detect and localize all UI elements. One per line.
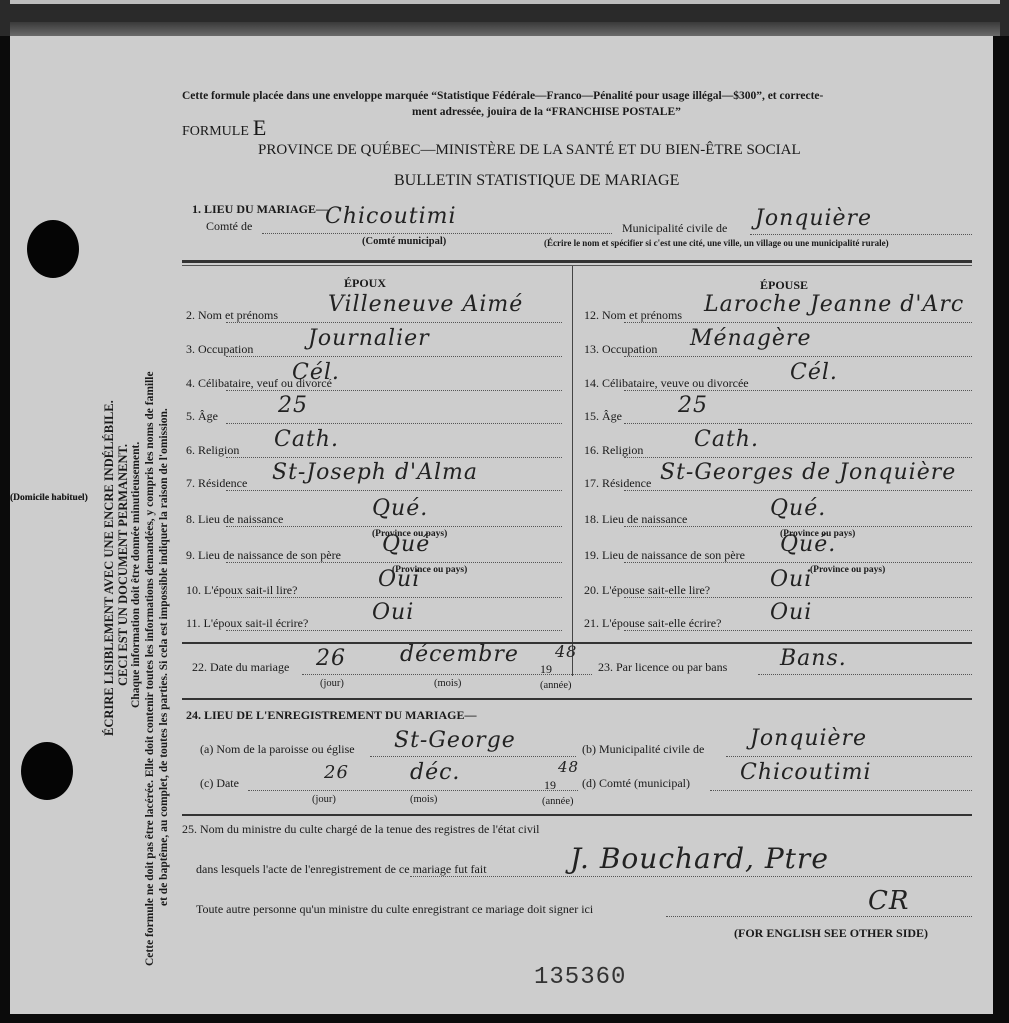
epouse-field-value[interactable]: 25 <box>678 393 708 418</box>
epouse-field-value[interactable]: Qué. <box>780 532 836 557</box>
formule-letter: E <box>253 115 266 140</box>
enr-date-label: (c) Date <box>200 776 239 791</box>
epouse-heading: ÉPOUSE <box>760 278 808 293</box>
epouse-field-caption: (Domicile habituel) <box>10 493 88 503</box>
epouse-dotted-line <box>624 597 972 598</box>
scan-top-border <box>0 0 1009 36</box>
epoux-dotted-line <box>226 322 562 323</box>
side-instruction-4: Cette formule ne doit pas être lacérée. … <box>144 371 156 966</box>
epouse-field-label: 16. Religion <box>584 443 643 458</box>
municipalite-value[interactable]: Jonquière <box>755 206 872 231</box>
epoux-dotted-line <box>226 356 562 357</box>
paroisse-label: (a) Nom de la paroisse ou église <box>200 742 355 757</box>
epouse-field-value[interactable]: Oui <box>770 600 812 625</box>
postal-notice-line1: Cette formule placée dans une enveloppe … <box>182 90 823 102</box>
epoux-field-label: 5. Âge <box>186 409 218 424</box>
enr-jour-caption: (jour) <box>312 794 336 805</box>
scan-edge-strip <box>10 0 1000 4</box>
enr-date-mois[interactable]: déc. <box>410 760 460 785</box>
epoux-dotted-line <box>226 390 562 391</box>
punch-hole-top <box>27 220 79 278</box>
ministry-heading: PROVINCE DE QUÉBEC—MINISTÈRE DE LA SANTÉ… <box>258 142 801 159</box>
epouse-field-label: 19. Lieu de naissance de son père <box>584 548 745 563</box>
epoux-field-label: 7. Résidence <box>186 476 247 491</box>
epouse-field-caption: (Province ou pays) <box>810 565 885 575</box>
epouse-field-value[interactable]: St-Georges de Jonquière <box>660 460 956 485</box>
comte-caption: (Comté municipal) <box>362 236 446 247</box>
autre-personne-label: Toute autre personne qu'un ministre du c… <box>196 902 593 917</box>
jour-caption: (jour) <box>320 678 344 689</box>
epoux-field-value[interactable]: Cél. <box>292 360 340 385</box>
epouse-field-label: 18. Lieu de naissance <box>584 512 687 527</box>
side-instruction-1: ÉCRIRE LISIBLEMENT AVEC UNE ENCRE INDÉLÉ… <box>102 400 117 736</box>
enr-comte-value[interactable]: Chicoutimi <box>740 760 872 785</box>
epouse-dotted-line <box>624 562 972 563</box>
ministre-signature[interactable]: J. Bouchard, Ptre <box>570 842 829 875</box>
enr-mois-caption: (mois) <box>410 794 437 805</box>
municipalite-dotted-line <box>750 234 972 235</box>
epoux-field-label: 3. Occupation <box>186 342 253 357</box>
epoux-field-label: 9. Lieu de naissance de son père <box>186 548 341 563</box>
epouse-field-label: 15. Âge <box>584 409 622 424</box>
epoux-field-label: 11. L'époux sait-il écrire? <box>186 616 308 631</box>
enr-date-dotted-line <box>248 790 578 791</box>
epoux-field-value[interactable]: Journalier <box>308 326 430 351</box>
ministre-label-2: dans lesquels l'acte de l'enregistrement… <box>196 862 487 877</box>
epoux-field-value[interactable]: Villeneuve Aimé <box>328 292 523 317</box>
epoux-field-value[interactable]: Cath. <box>274 427 339 452</box>
municipalite-caption: (Écrire le nom et spécifier si c'est une… <box>544 238 889 248</box>
column-divider <box>572 266 573 676</box>
epouse-dotted-line <box>624 490 972 491</box>
section-divider-1 <box>182 260 972 263</box>
formule-label: FORMULE E <box>182 115 266 141</box>
enr-comte-dotted-line <box>710 790 972 791</box>
epoux-dotted-line <box>226 423 562 424</box>
serial-number: 135360 <box>534 964 626 991</box>
mois-caption: (mois) <box>434 678 461 689</box>
scan-shadow <box>10 22 1000 36</box>
comte-value[interactable]: Chicoutimi <box>325 204 457 229</box>
epouse-field-label: 17. Résidence <box>584 476 651 491</box>
epouse-field-label: 14. Célibataire, veuve ou divorcée <box>584 376 749 391</box>
autre-personne-initials[interactable]: CR <box>868 886 909 916</box>
licence-value[interactable]: Bans. <box>780 646 847 671</box>
epouse-field-label: 13. Occupation <box>584 342 657 357</box>
epouse-dotted-line <box>624 356 972 357</box>
ministre-label-1: 25. Nom du ministre du culte chargé de l… <box>182 822 540 837</box>
paroisse-value[interactable]: St-George <box>394 728 516 753</box>
epoux-dotted-line <box>226 526 562 527</box>
licence-dotted-line <box>758 674 972 675</box>
epoux-field-value[interactable]: St-Joseph d'Alma <box>272 460 478 485</box>
epouse-dotted-line <box>624 457 972 458</box>
epouse-field-value[interactable]: Laroche Jeanne d'Arc <box>704 292 964 317</box>
form-title: BULLETIN STATISTIQUE DE MARIAGE <box>394 172 679 190</box>
date-mariage-annee[interactable]: 48 <box>555 642 577 661</box>
english-note: (FOR ENGLISH SEE OTHER SIDE) <box>734 926 928 941</box>
epouse-dotted-line <box>624 423 972 424</box>
epouse-field-value[interactable]: Ménagère <box>690 326 811 351</box>
comte-label: Comté de <box>206 219 252 234</box>
date-mariage-annee-prefix: 19 <box>540 662 552 677</box>
epoux-field-value[interactable]: Oui <box>372 600 414 625</box>
enr-date-jour[interactable]: 26 <box>324 762 349 783</box>
enr-date-annee-prefix: 19 <box>544 778 556 793</box>
annee-caption: (année) <box>540 680 571 691</box>
enr-comte-label: (d) Comté (municipal) <box>582 776 690 791</box>
epouse-dotted-line <box>624 390 972 391</box>
side-instruction-5: et de baptême, au complet, de toutes les… <box>158 408 170 906</box>
epoux-field-value[interactable]: Qué <box>382 532 430 557</box>
side-instruction-2: CECI EST UN DOCUMENT PERMANENT. <box>116 444 131 686</box>
side-instruction-3: Chaque information doit être donnée minu… <box>130 442 142 708</box>
paroisse-dotted-line <box>370 756 576 757</box>
date-mariage-jour[interactable]: 26 <box>316 646 346 671</box>
enr-municipalite-dotted-line <box>726 756 972 757</box>
epoux-field-label: 6. Religion <box>186 443 239 458</box>
epouse-dotted-line <box>624 526 972 527</box>
formule-text: FORMULE <box>182 124 249 139</box>
municipalite-label: Municipalité civile de <box>622 221 727 236</box>
epouse-field-value[interactable]: Qué. <box>770 496 826 521</box>
punch-hole-bottom <box>21 742 73 800</box>
epoux-field-value[interactable]: 25 <box>278 393 308 418</box>
section-divider-1b <box>182 265 972 266</box>
epoux-dotted-line <box>226 457 562 458</box>
epouse-field-label: 21. L'épouse sait-elle écrire? <box>584 616 721 631</box>
epouse-dotted-line <box>624 322 972 323</box>
epoux-field-value[interactable]: Oui <box>378 567 420 592</box>
epouse-field-value[interactable]: Oui <box>770 567 812 592</box>
lieu-label: 1. LIEU DU MARIAGE— <box>192 202 328 217</box>
date-mariage-mois[interactable]: décembre <box>400 642 519 667</box>
epouse-field-label: 20. L'épouse sait-elle lire? <box>584 583 710 598</box>
epoux-dotted-line <box>226 630 562 631</box>
epoux-heading: ÉPOUX <box>344 276 386 291</box>
epouse-field-label: 12. Nom et prénoms <box>584 308 682 323</box>
enr-municipalite-value[interactable]: Jonquière <box>750 726 867 751</box>
epoux-field-label: 10. L'époux sait-il lire? <box>186 583 297 598</box>
epoux-field-value[interactable]: Qué. <box>372 496 428 521</box>
comte-dotted-line <box>262 233 612 234</box>
autre-personne-dotted-line <box>666 916 972 917</box>
enr-date-annee[interactable]: 48 <box>558 758 579 776</box>
section-divider-3 <box>182 698 972 700</box>
postal-notice-line2: ment adressée, jouira de la “FRANCHISE P… <box>412 106 681 118</box>
epoux-field-label: 8. Lieu de naissance <box>186 512 283 527</box>
epoux-dotted-line <box>226 597 562 598</box>
marriage-form-page: ÉCRIRE LISIBLEMENT AVEC UNE ENCRE INDÉLÉ… <box>10 36 993 1014</box>
section-divider-4 <box>182 814 972 816</box>
licence-label: 23. Par licence ou par bans <box>598 660 727 675</box>
epouse-field-value[interactable]: Cél. <box>790 360 838 385</box>
epoux-dotted-line <box>226 490 562 491</box>
epoux-dotted-line <box>226 562 562 563</box>
epouse-dotted-line <box>624 630 972 631</box>
ministre-dotted-line <box>410 876 972 877</box>
epouse-field-value[interactable]: Cath. <box>694 427 759 452</box>
epoux-field-label: 2. Nom et prénoms <box>186 308 278 323</box>
enregistrement-heading: 24. LIEU DE L'ENREGISTREMENT DU MARIAGE— <box>186 708 477 723</box>
enr-annee-caption: (année) <box>542 796 573 807</box>
enr-municipalite-label: (b) Municipalité civile de <box>582 742 704 757</box>
date-mariage-label: 22. Date du mariage <box>192 660 289 675</box>
